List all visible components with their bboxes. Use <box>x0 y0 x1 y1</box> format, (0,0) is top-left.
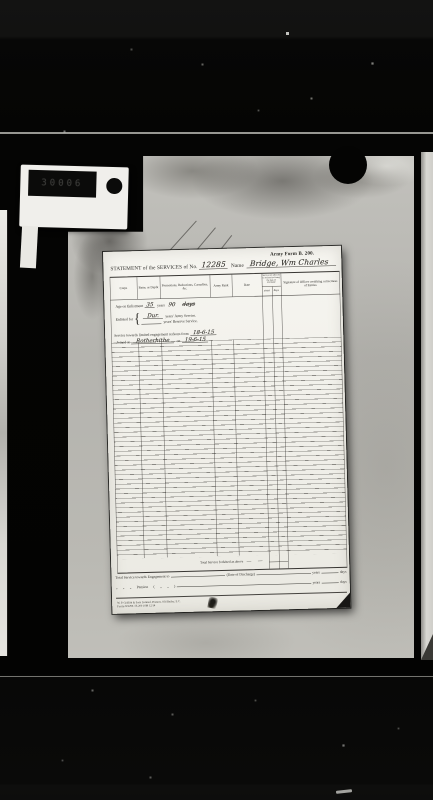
film-scratch-mark <box>336 789 352 794</box>
counter-knob <box>106 178 122 194</box>
age-years-word: years <box>157 303 165 308</box>
col-header-battn: Battn. or Depôt <box>137 277 161 300</box>
days-label: days <box>340 570 347 574</box>
army-service-suffix: years' Army Service. <box>165 313 196 318</box>
enlisted-label: Enlisted for <box>116 316 133 321</box>
col-header-date: Date <box>232 274 263 297</box>
service-number-handwritten: 12285 <box>199 261 228 270</box>
rule-fill <box>177 583 311 587</box>
counter-digits: 30006 <box>41 178 83 189</box>
service-terms: Dur. years' Army Service. years' Reserve… <box>141 311 198 324</box>
age-extra-handwritten: 90 <box>167 302 178 308</box>
reserve-service-row: years' Reserve Service. <box>141 318 197 324</box>
age-value-handwritten: 35 <box>145 302 156 308</box>
col-header-corps: Corps <box>110 277 138 300</box>
years-label: years <box>312 580 320 584</box>
page-punch-notch <box>329 146 367 184</box>
microfilm-frame: 30006 Army Form B. 200. STATEMENT of the… <box>0 0 433 800</box>
rule-fill <box>322 582 339 583</box>
total-forfeited-dashes: — — <box>240 558 269 564</box>
enlisted-value-handwritten: Dur. <box>143 312 164 319</box>
folded-corner <box>336 593 350 608</box>
reserve-service-suffix: years' Reserve Service. <box>163 318 197 323</box>
film-divider-line-top <box>0 132 433 134</box>
form-title-row: STATEMENT of the SERVICES of No. 12285 N… <box>110 258 336 272</box>
engagement-label: Total Service towards Engagement to <box>115 574 169 579</box>
counter-display: 30006 <box>28 170 97 198</box>
col-header-army-rank: Army Rank <box>210 275 233 298</box>
printer-imprint: W. P. Griffith & Sons Limited, Printers,… <box>117 599 222 609</box>
age-extra-struck-handwritten: days <box>181 301 197 307</box>
name-handwritten: Bridge, Wm Charles <box>246 258 336 268</box>
rule-fill <box>257 573 311 575</box>
adjacent-frame-edge-left <box>0 210 8 656</box>
days-label: days <box>340 580 347 584</box>
pension-prefix: „ „ „ Pension ( „ „ ) <box>116 584 176 590</box>
col-header-signature: Signature of Officer certifying correctn… <box>281 272 341 296</box>
enlisted-for-line: Enlisted for { Dur. years' Army Service.… <box>116 310 198 327</box>
subcol-days: days <box>272 289 282 292</box>
service-table: Corps Battn. or Depôt Promotions, Reduct… <box>110 271 348 574</box>
discharge-label: (Date of Discharge) <box>227 572 256 577</box>
table-empty-rows <box>111 337 347 559</box>
years-label: years <box>312 570 320 574</box>
ink-stamp <box>207 597 218 609</box>
reserve-service-blank-rule <box>141 319 161 324</box>
army-form-b200: Army Form B. 200. STATEMENT of the SERVI… <box>103 246 350 614</box>
adjacent-frame-edge-right <box>421 152 433 660</box>
reckons-date-handwritten: 18-6-15 <box>190 329 217 336</box>
film-divider-line-bottom <box>0 676 433 677</box>
name-label: Name <box>231 263 244 269</box>
rule-fill <box>171 575 225 577</box>
pension-line: „ „ „ Pension ( „ „ ) years days <box>116 580 347 590</box>
col-header-service-not-allowed-text: Service not allowed to reckon for fixing… <box>262 273 281 286</box>
form-number-label: Army Form B. 200. <box>270 250 314 257</box>
brace-glyph: { <box>134 310 141 327</box>
age-on-enlistment-line: Age on Enlistment 35 years 90 days <box>115 301 198 309</box>
film-dust-specks <box>0 0 1 1</box>
counter-tab <box>20 226 38 269</box>
film-counter-device: 30006 <box>19 165 129 230</box>
table-header-row: Corps Battn. or Depôt Promotions, Reduct… <box>110 272 341 301</box>
enlistment-info-block: Age on Enlistment 35 years 90 days Enlis… <box>112 298 263 343</box>
statement-label: STATEMENT of the SERVICES of No. <box>110 264 197 272</box>
subcol-years: years <box>262 289 272 292</box>
footer-rule <box>116 592 347 599</box>
col-header-promotions: Promotions, Reductions, Casualties, &c. <box>160 275 211 298</box>
age-label: Age on Enlistment <box>115 303 143 308</box>
rule-fill <box>321 572 338 573</box>
